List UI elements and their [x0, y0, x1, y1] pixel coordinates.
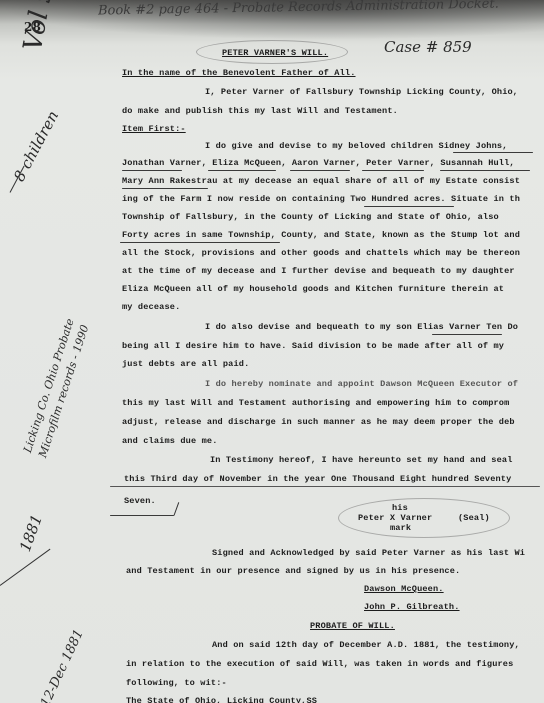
body-line: adjust, release and discharge in such ma… — [122, 417, 515, 427]
margin-note-date: 12-Dec 1881 — [38, 627, 87, 703]
document-title: PETER VARNER'S WILL. — [222, 48, 328, 58]
name-underline — [440, 170, 530, 171]
body-line: all the Stock, provisions and other good… — [122, 248, 520, 258]
body-line: Jonathan Varner, Eliza McQueen, Aaron Va… — [122, 158, 515, 168]
section-heading: Item First:- — [122, 124, 186, 134]
name-underline — [290, 170, 350, 171]
signature-his: his — [392, 503, 408, 513]
body-line: I do also devise and bequeath to my son … — [205, 322, 518, 332]
witness-1: Dawson McQueen. — [364, 584, 444, 594]
body-line: do make and publish this my last Will an… — [122, 106, 398, 116]
body-line: Township of Fallsbury, in the County of … — [122, 212, 499, 222]
signature-mark: mark — [390, 523, 411, 533]
probate-heading: PROBATE OF WILL. — [310, 621, 395, 631]
body-line: Mary Ann Rakestrau at my decease an equa… — [122, 176, 520, 186]
body-line: ing of the Farm I now reside on containi… — [122, 194, 520, 204]
body-line: I, Peter Varner of Fallsbury Township Li… — [205, 87, 518, 97]
body-line: at the time of my decease and I further … — [122, 266, 515, 276]
probate-line: The State of Ohio, Licking County,SS — [126, 696, 317, 703]
probate-line: following, to wit:- — [126, 678, 227, 688]
body-line: being all I desire him to have. Said div… — [122, 341, 504, 351]
body-line: I do give and devise to my beloved child… — [205, 141, 508, 151]
signature-seal: (Seal) — [458, 513, 490, 523]
probate-line: in relation to the execution of said Wil… — [126, 659, 513, 669]
name-underline — [432, 334, 502, 335]
margin-note-year: 1881 — [16, 512, 46, 554]
probate-line: And on said 12th day of December A.D. 18… — [212, 640, 520, 650]
invocation: In the name of the Benevolent Father of … — [122, 68, 356, 78]
body-line: this my last Will and Testament authoris… — [122, 398, 509, 408]
margin-note-children: 8 children — [10, 108, 62, 185]
name-underline — [453, 152, 533, 153]
body-line: this Third day of November in the year O… — [124, 474, 511, 484]
attestation-line: Signed and Acknowledged by said Peter Va… — [212, 548, 525, 558]
name-underline — [208, 170, 276, 171]
ink-tick — [174, 502, 180, 515]
body-line: my decease. — [122, 302, 180, 312]
body-line: In Testimony hereof, I have hereunto set… — [210, 455, 513, 465]
body-line: Eliza McQueen all of my household goods … — [122, 284, 504, 294]
name-underline — [362, 170, 424, 171]
body-line: Seven. — [124, 496, 156, 506]
date-underline — [110, 486, 540, 487]
body-line: just debts are all paid. — [122, 359, 249, 369]
acres-underline — [364, 206, 454, 207]
name-underline — [122, 170, 182, 171]
name-underline — [122, 188, 208, 189]
body-line: Forty acres in same Township, County, an… — [122, 230, 520, 240]
scanned-will-page: Book #2 page 464 - Probate Records Admin… — [0, 0, 544, 703]
acres-underline — [120, 242, 280, 243]
seven-underline — [110, 515, 174, 516]
body-line: I do hereby nominate and appoint Dawson … — [205, 379, 518, 389]
signature-name: Peter X Varner — [358, 513, 432, 523]
witness-2: John P. Gilbreath. — [364, 602, 460, 612]
handwritten-case-number: Case # 859 — [384, 38, 472, 56]
body-line: and claims due me. — [122, 436, 218, 446]
margin-note-source: Licking Co. Ohio Probate Microfilm recor… — [20, 288, 103, 460]
attestation-line: and Testament in our presence and signed… — [126, 566, 460, 576]
margin-slash-line — [0, 549, 50, 586]
